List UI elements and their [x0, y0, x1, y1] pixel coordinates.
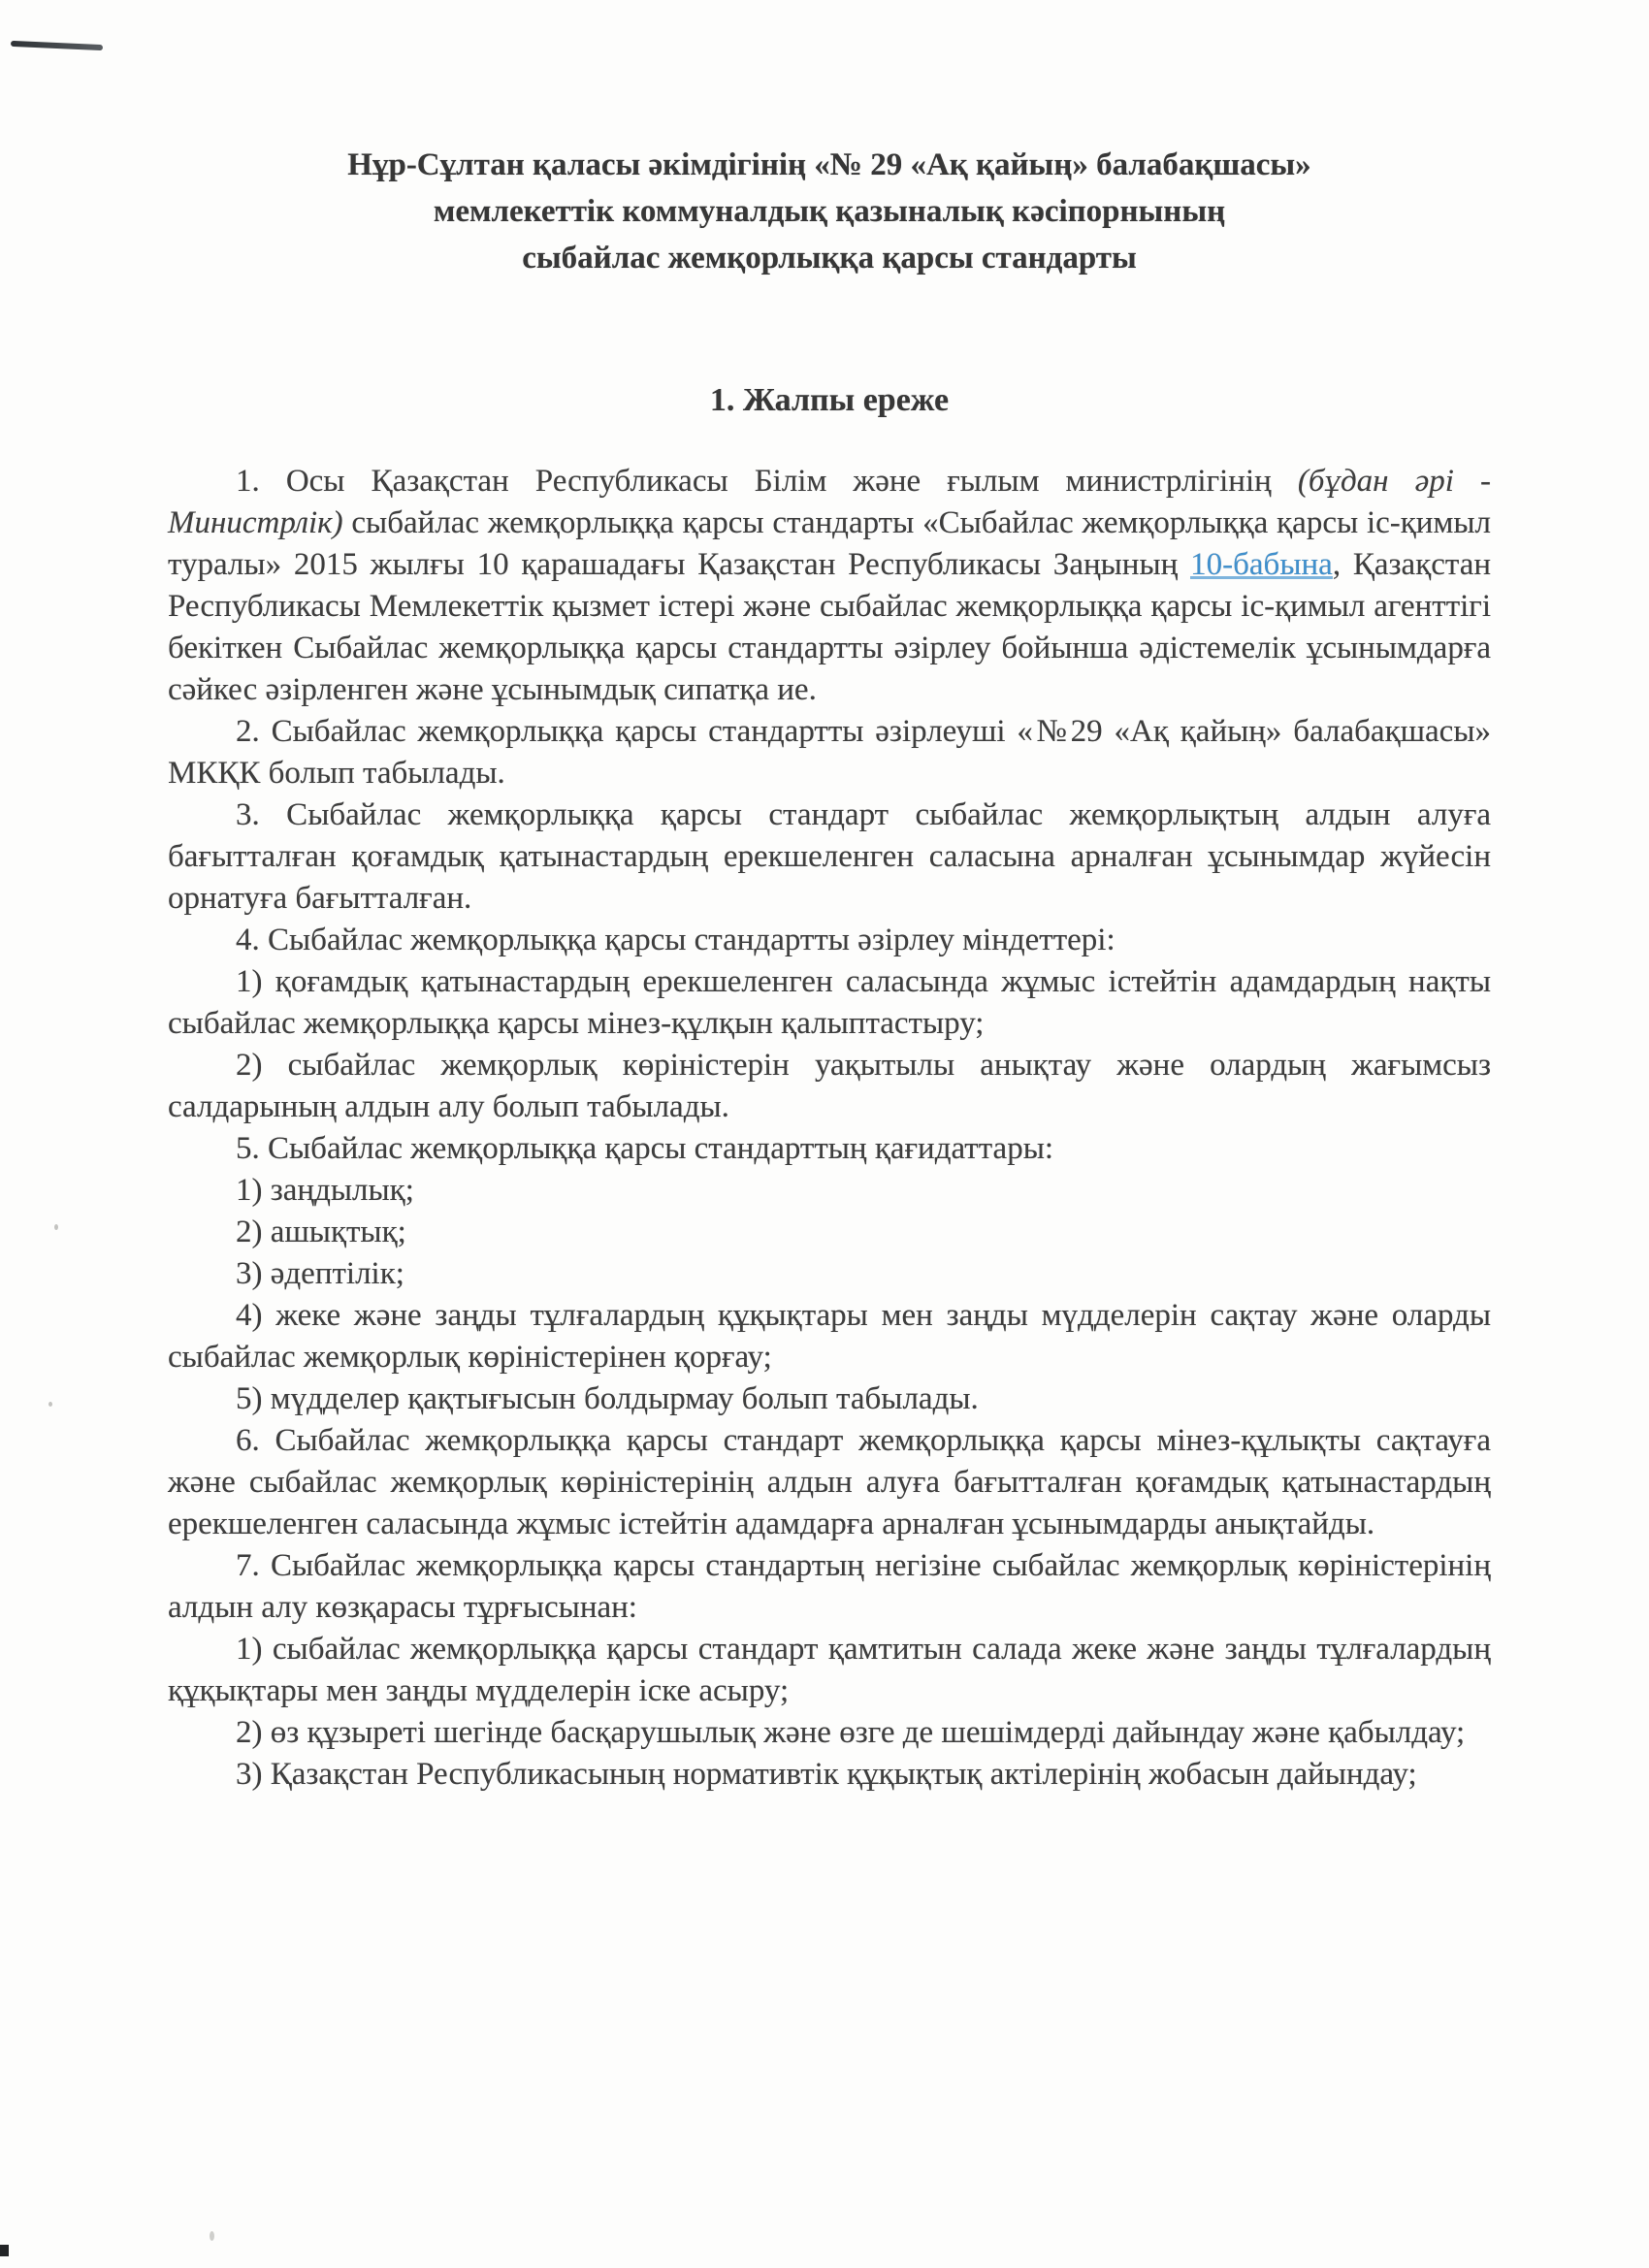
document-title: Нұр-Сұлтан қаласы әкімдігінің «№ 29 «Ақ …: [168, 142, 1491, 281]
law-article-10-link[interactable]: 10-бабына: [1190, 547, 1333, 582]
paragraph-7: 7. Сыбайлас жемқорлыққа қарсы стандартың…: [168, 1545, 1491, 1629]
paragraph-1: 1. Осы Қазақстан Республикасы Білім және…: [168, 461, 1491, 711]
paragraph-5: 5. Сыбайлас жемқорлыққа қарсы стандартты…: [168, 1128, 1491, 1170]
list-item-7-3: 3) Қазақстан Республикасының нормативтік…: [168, 1754, 1491, 1796]
paragraph-3: 3. Сыбайлас жемқорлыққа қарсы стандарт с…: [168, 794, 1491, 920]
list-item-5-5: 5) мүдделер қақтығысын болдырмау болып т…: [168, 1378, 1491, 1420]
scanner-speck: [48, 1402, 52, 1407]
paragraph-6: 6. Сыбайлас жемқорлыққа қарсы стандарт ж…: [168, 1420, 1491, 1545]
list-item-5-2: 2) ашықтық;: [168, 1212, 1491, 1253]
title-line-1: Нұр-Сұлтан қаласы әкімдігінің «№ 29 «Ақ …: [168, 142, 1491, 188]
document-body: 1. Осы Қазақстан Республикасы Білім және…: [168, 461, 1491, 1796]
list-item-5-1: 1) заңдылық;: [168, 1170, 1491, 1212]
list-item-7-1: 1) сыбайлас жемқорлыққа қарсы стандарт қ…: [168, 1629, 1491, 1712]
paragraph-4: 4. Сыбайлас жемқорлыққа қарсы стандартты…: [168, 920, 1491, 961]
scanner-mark-top-left: [11, 41, 103, 50]
scanner-mark-bottom-left: [0, 2245, 9, 2256]
title-line-2: мемлекеттік коммуналдық қазыналық кәсіпо…: [168, 188, 1491, 235]
document-content: Нұр-Сұлтан қаласы әкімдігінің «№ 29 «Ақ …: [168, 0, 1491, 1796]
title-line-3: сыбайлас жемқорлыққа қарсы стандарты: [168, 235, 1491, 281]
section-heading-general-provisions: 1. Жалпы ереже: [168, 377, 1491, 424]
scanner-speck: [210, 2231, 214, 2241]
paragraph-2: 2. Сыбайлас жемқорлыққа қарсы стандартты…: [168, 711, 1491, 794]
scanned-document-page: Нұр-Сұлтан қаласы әкімдігінің «№ 29 «Ақ …: [0, 0, 1649, 2268]
paragraph-1-text-start: 1. Осы Қазақстан Республикасы Білім және…: [236, 464, 1298, 499]
list-item-7-2: 2) өз құзыреті шегінде басқарушылық және…: [168, 1712, 1491, 1754]
list-item-4-1: 1) қоғамдық қатынастардың ерекшеленген с…: [168, 961, 1491, 1045]
list-item-5-3: 3) әдептілік;: [168, 1253, 1491, 1295]
list-item-4-2: 2) сыбайлас жемқорлық көріністерін уақыт…: [168, 1045, 1491, 1128]
scanner-speck: [54, 1224, 58, 1230]
list-item-5-4: 4) жеке және заңды тұлғалардың құқықтары…: [168, 1295, 1491, 1378]
